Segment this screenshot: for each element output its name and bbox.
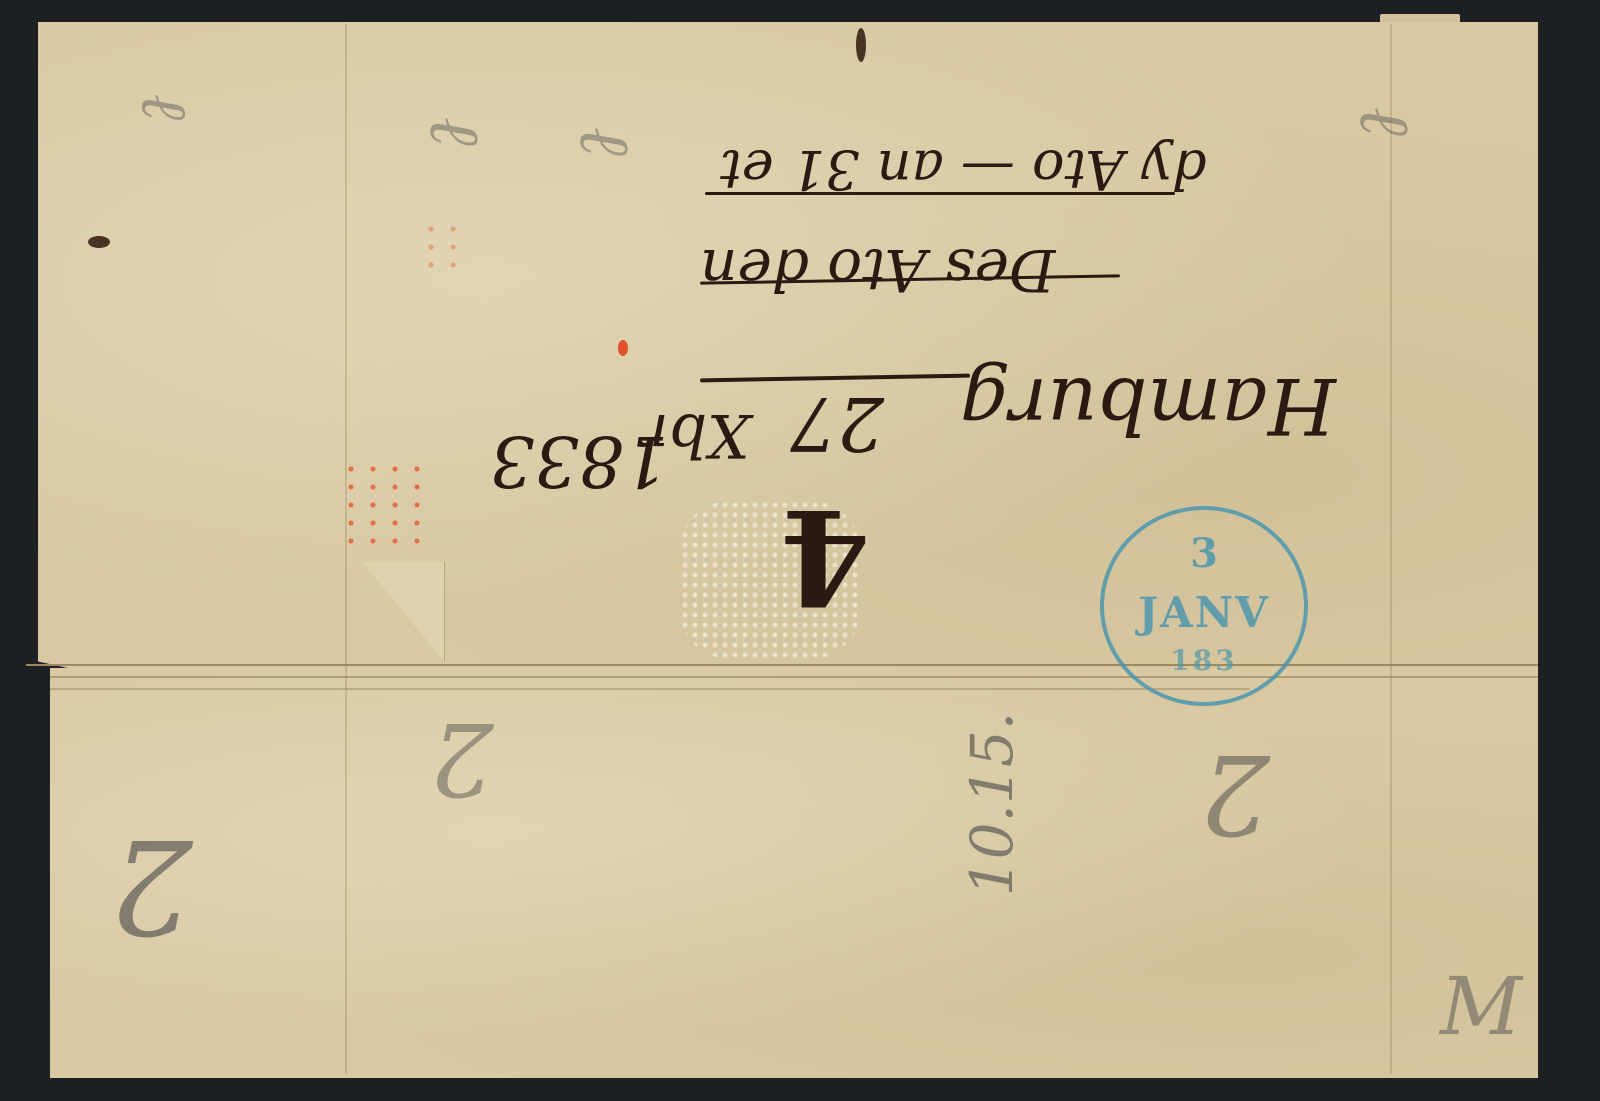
faint-bleedthrough: 2 xyxy=(1200,730,1270,858)
pencil-note-lower-center: 10.15. xyxy=(958,712,1026,896)
fold-crease xyxy=(50,688,1250,690)
manuscript-place: Hamburg xyxy=(960,360,1336,450)
postmark-year: 183 xyxy=(1104,644,1304,677)
manuscript-day: 27 xyxy=(790,380,884,466)
faint-bleedthrough: ℓ xyxy=(126,94,200,121)
postmark-cds: 3 JANV 183 xyxy=(1100,506,1308,706)
pencil-note-bottom-right: M xyxy=(1440,960,1522,1053)
manuscript-underline xyxy=(705,192,1175,195)
manuscript-year: 1833 xyxy=(490,420,668,502)
ink-spot xyxy=(856,28,866,62)
letter-cover-photo: ℓ ℓ ℓ ℓ 2 10.15. M 2 2 Hamburg 27 Xbr 18… xyxy=(0,0,1600,1101)
fold-crease xyxy=(26,664,1538,666)
faint-bleedthrough: ℓ xyxy=(413,117,496,146)
manuscript-line2: Des Ato den xyxy=(700,236,1055,304)
faint-bleedthrough: ℓ xyxy=(563,127,646,156)
ink-spot xyxy=(88,236,110,248)
red-wax-specks xyxy=(420,220,460,280)
pencil-note-lower-left: 2 xyxy=(110,810,193,962)
fold-crease xyxy=(50,676,1538,678)
red-wax-drop xyxy=(618,340,628,356)
faint-bleedthrough: ℓ xyxy=(1343,107,1426,136)
lower-panel xyxy=(50,668,1538,1078)
vertical-fold xyxy=(1390,24,1392,1074)
rate-marking: 4 xyxy=(780,480,870,633)
postmark-day: 3 xyxy=(1104,530,1304,577)
red-wax-specks xyxy=(340,460,420,550)
faint-bleedthrough: 2 xyxy=(430,700,494,817)
postmark-month: JANV xyxy=(1104,588,1304,637)
